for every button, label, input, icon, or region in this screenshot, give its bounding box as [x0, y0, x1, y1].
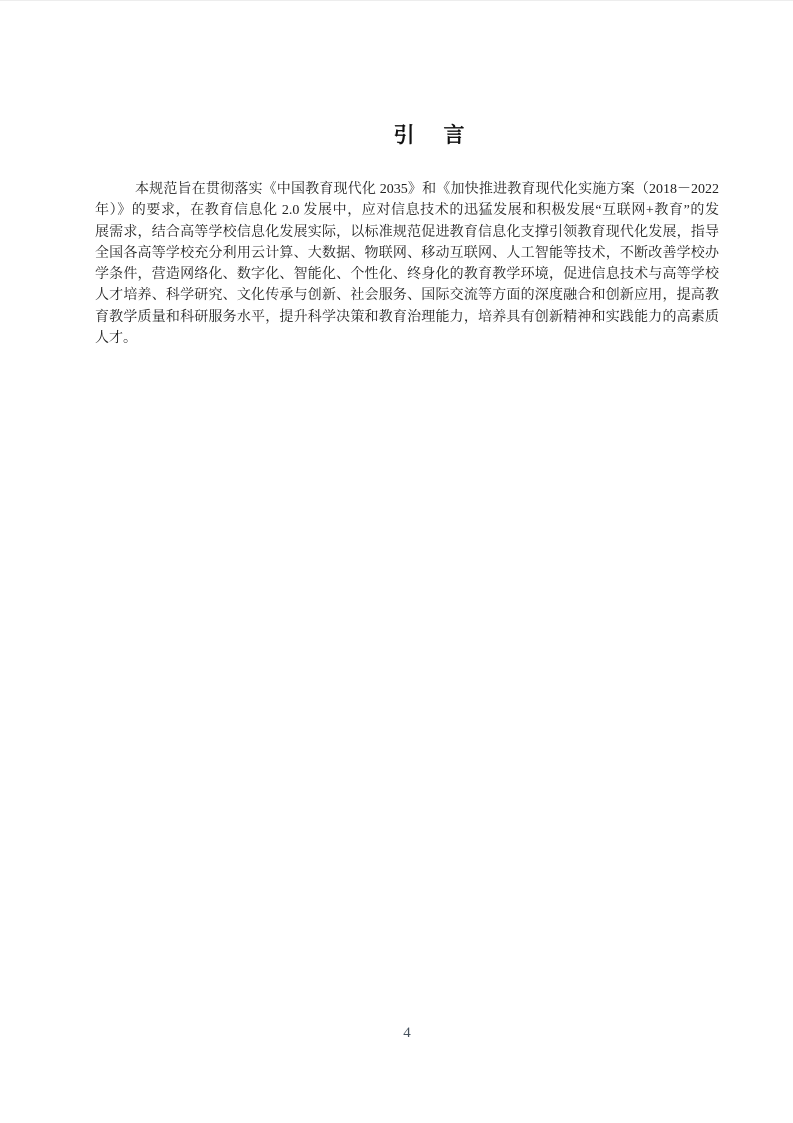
- paragraph-line: 本规范旨在贯彻落实《中国教育现代化 2035》和《加快推进教育现代化实施方案（2…: [95, 179, 719, 200]
- intro-paragraph: 本规范旨在贯彻落实《中国教育现代化 2035》和《加快推进教育现代化实施方案（2…: [95, 179, 719, 349]
- page-number: 4: [95, 1023, 719, 1043]
- section-title: 引 言: [95, 122, 743, 150]
- paragraph-line: 展需求，结合高等学校信息化发展实际，以标准规范促进教育信息化支撑引领教育现代化发…: [95, 222, 719, 243]
- paragraph-line: 全国各高等学校充分利用云计算、大数据、物联网、移动互联网、人工智能等技术，不断改…: [95, 243, 719, 264]
- paragraph-line: 人才。: [95, 328, 719, 349]
- paragraph-line: 学条件，营造网络化、数字化、智能化、个性化、终身化的教育教学环境，促进信息技术与…: [95, 264, 719, 285]
- document-page: 引 言 本规范旨在贯彻落实《中国教育现代化 2035》和《加快推进教育现代化实施…: [0, 0, 793, 1123]
- paragraph-line: 年）》的要求，在教育信息化 2.0 发展中，应对信息技术的迅猛发展和积极发展“互…: [95, 200, 719, 221]
- paragraph-line: 人才培养、科学研究、文化传承与创新、社会服务、国际交流等方面的深度融合和创新应用…: [95, 285, 719, 306]
- paragraph-line: 育教学质量和科研服务水平，提升科学决策和教育治理能力，培养具有创新精神和实践能力…: [95, 307, 719, 328]
